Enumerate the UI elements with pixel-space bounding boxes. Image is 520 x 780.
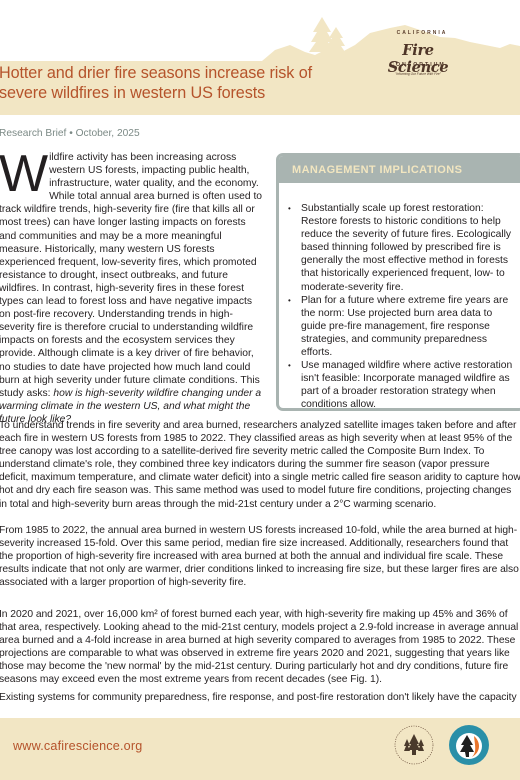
joint-fire-science-program-icon (448, 724, 490, 766)
intro-paragraph: Wildfire activity has been increasing ac… (0, 151, 263, 426)
logo-name: Fire Science (372, 42, 464, 76)
management-item: Use managed wildfire where active restor… (288, 359, 516, 411)
header-banner: Hotter and drier fire seasons increase r… (0, 0, 520, 115)
logo-tagline: "Informing Our Future With Fire" (378, 72, 458, 76)
methods-paragraph: To understand trends in fire severity an… (0, 419, 520, 511)
website-link[interactable]: www.cafirescience.org (13, 739, 143, 753)
footer-banner: www.cafirescience.org (0, 718, 520, 780)
management-implications-box: MANAGEMENT IMPLICATIONS Substantially sc… (276, 153, 520, 411)
management-item: Plan for a future where extreme fire yea… (288, 294, 516, 359)
informing-our-future-badge-icon (393, 724, 435, 766)
brief-meta: Research Brief • October, 2025 (0, 128, 140, 139)
logo-california: CALIFORNIA (392, 30, 452, 36)
page-title: Hotter and drier fire seasons increase r… (0, 63, 359, 103)
fire-science-consortium-logo: CALIFORNIA Fire Science CONSORTIUM "Info… (368, 30, 468, 90)
title-line-1: Hotter and drier fire seasons increase r… (0, 63, 359, 83)
projections-paragraph: In 2020 and 2021, over 16,000 km² of for… (0, 608, 520, 687)
management-list: Substantially scale up forest restoratio… (279, 183, 520, 411)
capacity-paragraph: Existing systems for community preparedn… (0, 691, 520, 704)
drop-cap: W (0, 152, 46, 196)
title-line-2: severe wildfires in western US forests (0, 83, 359, 103)
management-heading: MANAGEMENT IMPLICATIONS (279, 156, 520, 183)
logo-consortium: CONSORTIUM (376, 62, 460, 68)
results-paragraph: From 1985 to 2022, the annual area burne… (0, 524, 520, 589)
management-item: Substantially scale up forest restoratio… (288, 202, 516, 294)
